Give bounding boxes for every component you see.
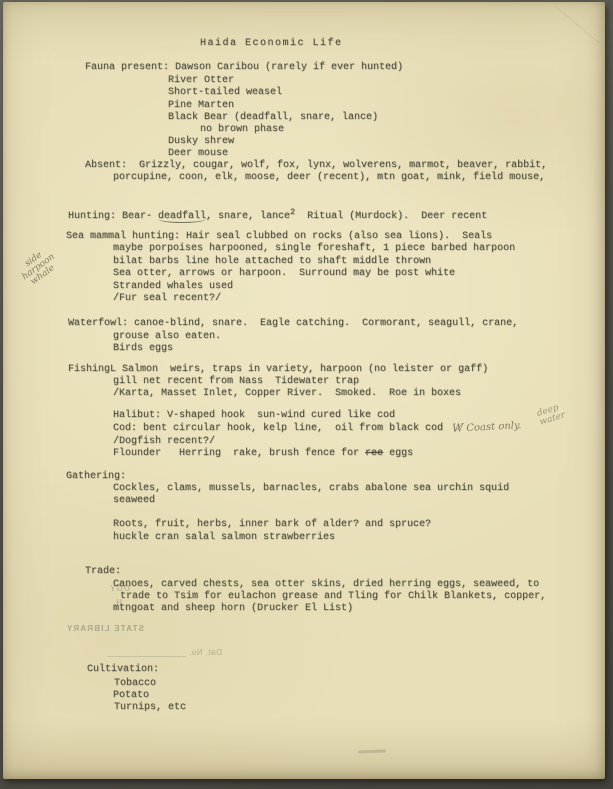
typed-line: no brown phase <box>200 124 284 136</box>
typed-fragment: ree <box>365 448 383 459</box>
typed-line: Halibut: V-shaped hook sun-wind cured li… <box>113 410 395 422</box>
scanned-page-background: { "document": { "title": "Haida Economic… <box>0 0 613 789</box>
typed-line: River Otter <box>168 75 234 87</box>
typed-line: Gathering: <box>66 471 126 483</box>
typed-line: Cultivation: <box>87 664 159 676</box>
typed-line: Absent: Grizzly, cougar, wolf, fox, lynx… <box>85 160 547 172</box>
typed-line: Hunting: Bear- deadfall, snare, lance2 R… <box>68 206 487 223</box>
typed-line: Tobacco <box>114 678 156 690</box>
typed-line: Cod: bent circular hook, kelp line, oil … <box>113 423 443 435</box>
page-title: Haida Economic Life <box>200 38 343 50</box>
typed-fragment: Flounder Herring rake, brush fence for <box>113 448 365 459</box>
typed-line: /Dogfish recent?/ <box>113 436 215 448</box>
typed-line: /Fur seal recent?/ <box>113 293 221 305</box>
typed-line: Dusky shrew <box>168 136 234 148</box>
typed-line: Fauna present: Dawson Caribou (rarely if… <box>85 62 403 74</box>
typed-line: Black Bear (deadfall, snare, lance) <box>168 112 378 124</box>
typed-fragment: eggs <box>383 448 413 459</box>
typed-line: Turnips, etc <box>114 702 186 714</box>
typed-line: Stranded whales used <box>113 281 233 293</box>
typed-line: maybe porpoises harpooned, single foresh… <box>113 243 515 255</box>
typed-line: bilat barbs line hole attached to shaft … <box>113 256 431 268</box>
typed-fragment: Hunting: Bear- <box>68 211 158 222</box>
typed-line: /Karta, Masset Inlet, Copper River. Smok… <box>113 388 461 400</box>
typed-line: huckle cran salal salmon strawberries <box>113 532 335 544</box>
typed-line: Deer mouse <box>168 148 228 160</box>
typed-line: grouse also eaten. <box>113 331 221 343</box>
typed-line: Roots, fruit, herbs, inner bark of alder… <box>113 519 431 531</box>
typed-line: Waterfowl: canoe-blind, snare. Eagle cat… <box>68 318 518 330</box>
typed-line: Potato <box>113 690 149 702</box>
typed-line: trade to Tsim for eulachon grease and Tl… <box>120 591 546 603</box>
typed-line: Birds eggs <box>113 343 173 355</box>
typed-line: Trade: <box>85 566 121 578</box>
typed-line: Sea mammal hunting: Hair seal clubbed on… <box>66 231 492 243</box>
typed-text-layer: Haida Economic LifeFauna present: Dawson… <box>0 0 613 789</box>
typed-line: porcupine, coon, elk, moose, deer (recen… <box>113 172 545 184</box>
typed-line: Short-tailed weasel <box>168 87 282 99</box>
typed-line: Canoes, carved chests, sea otter skins, … <box>113 579 539 591</box>
typed-line: Flounder Herring rake, brush fence for r… <box>113 448 413 460</box>
typed-line: seaweed <box>113 495 155 507</box>
typed-line: gill net recent from Nass Tidewater trap <box>113 376 359 388</box>
typed-line: Pine Marten <box>168 100 234 112</box>
handwritten-check-mark: W̸ <box>452 421 464 435</box>
typed-line: Sea otter, arrows or harpoon. Surround m… <box>113 268 455 280</box>
typed-line: Cockles, clams, mussels, barnacles, crab… <box>113 483 509 495</box>
typed-line: mtngoat and sheep horn (Drucker El List) <box>113 603 353 615</box>
typed-fragment: deadfall <box>158 211 206 223</box>
typed-line: FishingL Salmon weirs, traps in variety,… <box>68 364 488 376</box>
typed-fragment: Ritual (Murdock). Deer recent <box>295 211 487 222</box>
typed-fragment: , snare, lance <box>206 211 290 222</box>
